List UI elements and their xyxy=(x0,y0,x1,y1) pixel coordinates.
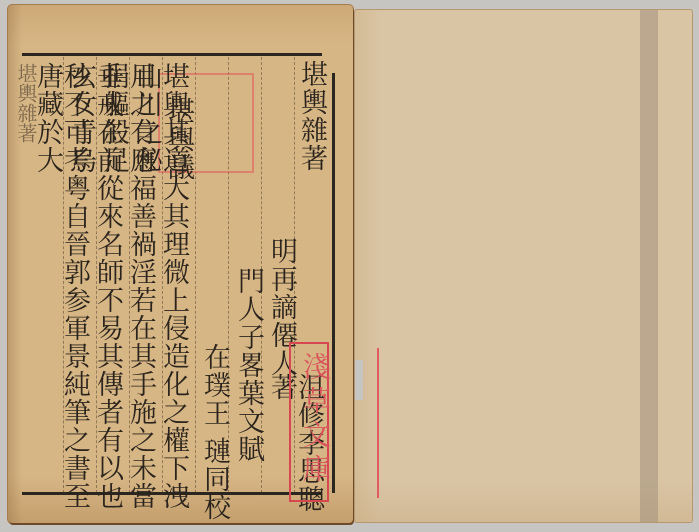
book-title-column: 堪輿雜著 xyxy=(298,60,325,172)
seal-text: 淺草文庫 xyxy=(295,352,335,488)
left-page: 堪輿雜著 堪輿雜著 明再謫僊人 沮修李思聰著 門人子畧葉文賦 在璞王 璉同校 堪… xyxy=(8,5,353,523)
collator-line-upper: 在璞王 xyxy=(201,343,228,427)
collector-seal: 淺草文庫 xyxy=(289,342,329,502)
right-page xyxy=(355,10,692,522)
collator-line-lower: 璉同校 xyxy=(201,437,228,521)
disciple-line: 門人子畧葉文賦 xyxy=(235,267,262,463)
seal-bleed-line xyxy=(377,348,379,498)
frame-top-border xyxy=(22,53,322,56)
torn-edge xyxy=(355,360,363,400)
binding-stripe xyxy=(640,10,658,522)
body-column-4: 秒不可考粤自晉郭参軍景純筆之書至唐藏於大 xyxy=(34,62,88,523)
